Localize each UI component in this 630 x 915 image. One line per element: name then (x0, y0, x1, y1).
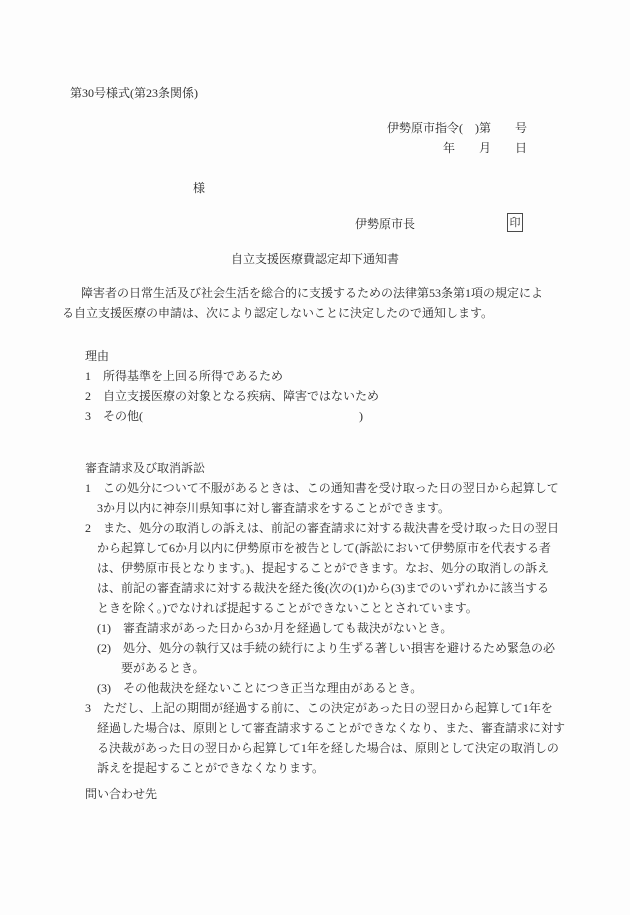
addressee-suffix: 様 (193, 178, 205, 198)
text-line: 障害者の日常生活及び社会生活を総合的に支援するための法律第53条第1項の規定によ (62, 283, 543, 303)
reason-section: 理由1 所得基準を上回る所得であるため2 自立支援医療の対象となる疾病、障害では… (85, 346, 379, 426)
text-line: (2) 処分、処分の執行又は手続の続行により生ずる著しい損害を避けるため緊急の必 (85, 638, 565, 658)
document-title: 自立支援医療費認定却下通知書 (0, 249, 630, 269)
text-line: 3 その他( ) (85, 406, 379, 426)
text-line: 要があるとき。 (85, 658, 565, 678)
text-line: る自立支援医療の申請は、次により認定しないことに決定したので通知します。 (62, 303, 543, 323)
reference-block: 伊勢原市指令( )第 号 年 月 日 (387, 118, 527, 158)
text-line: 訴えを提起することができなくなります。 (85, 758, 565, 778)
text-line: 1 この処分について不服があるときは、この通知書を受け取った日の翌日から起算して (85, 478, 565, 498)
text-line: は、伊勢原市長となります。)、提起することができます。なお、処分の取消しの訴え (85, 558, 565, 578)
text-line: 3か月以内に神奈川県知事に対し審査請求をすることができます。 (85, 498, 565, 518)
text-line: 理由 (85, 346, 379, 366)
notification-body: 障害者の日常生活及び社会生活を総合的に支援するための法律第53条第1項の規定によ… (62, 283, 543, 323)
text-line: 3 ただし、上記の期間が経過する前に、この決定があった日の翌日から起算して1年を (85, 698, 565, 718)
text-line: (1) 審査請求があった日から3か月を経過しても裁決がないとき。 (85, 618, 565, 638)
text-line: 2 また、処分の取消しの訴えは、前記の審査請求に対する裁決書を受け取った日の翌日 (85, 518, 565, 538)
text-line: 審査請求及び取消訴訟 (85, 458, 565, 478)
appeal-and-revocation-section: 審査請求及び取消訴訟1 この処分について不服があるときは、この通知書を受け取った… (85, 458, 565, 778)
text-line: ときを除く。)でなければ提起することができないこととされています。 (85, 598, 565, 618)
text-line: (3) その他裁決を経ないことにつき正当な理由があるとき。 (85, 678, 565, 698)
seal-mark: 印 (507, 213, 523, 232)
date-line: 年 月 日 (387, 138, 527, 158)
contact-heading: 問い合わせ先 (85, 784, 157, 804)
directive-number: 伊勢原市指令( )第 号 (387, 118, 527, 138)
text-line: 経過した場合は、原則として審査請求することができなくなり、また、審査請求に対す (85, 718, 565, 738)
issuer-name: 伊勢原市長 (355, 214, 415, 234)
text-line: から起算して6か月以内に伊勢原市を被告として(訴訟において伊勢原市を代表する者 (85, 538, 565, 558)
text-line: る決裁があった日の翌日から起算して1年を経した場合は、原則として決定の取消しの (85, 738, 565, 758)
text-line: は、前記の審査請求に対する裁決を経た後(次の(1)から(3)までのいずれかに該当… (85, 578, 565, 598)
rejection-notice-page: 第30号様式(第23条関係) 伊勢原市指令( )第 号 年 月 日 様 伊勢原市… (0, 0, 630, 915)
text-line: 2 自立支援医療の対象となる疾病、障害ではないため (85, 386, 379, 406)
text-line: 1 所得基準を上回る所得であるため (85, 366, 379, 386)
form-number: 第30号様式(第23条関係) (70, 83, 198, 103)
